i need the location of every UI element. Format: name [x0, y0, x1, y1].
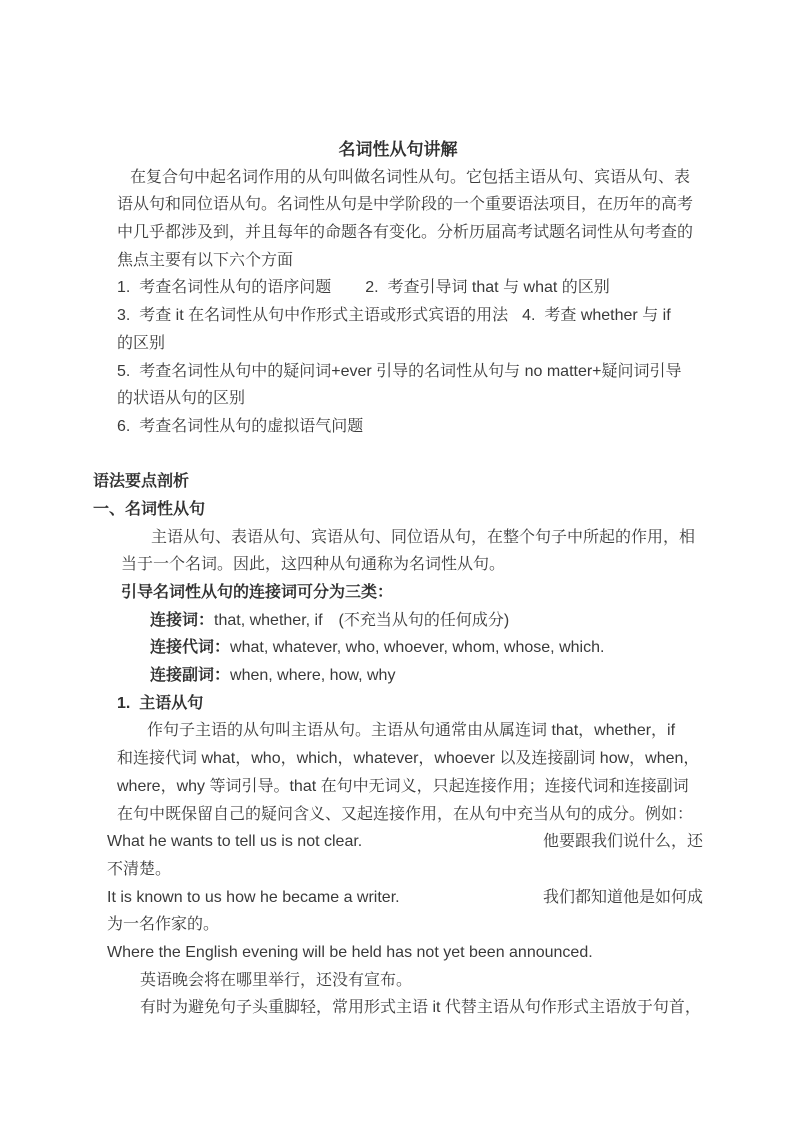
connector-intro: 引导名词性从句的连接词可分为三类：: [121, 579, 793, 607]
spacer: [0, 441, 793, 469]
exam-points-row-1: 1. 考查名词性从句的语序问题2. 考查引导词 that 与 what 的区别: [117, 274, 793, 302]
exam-point-4: 4. 考查 whether 与 if: [522, 307, 671, 324]
subject-clause-heading: 1. 主语从句: [117, 690, 793, 718]
document-body: 名词性从句讲解 在复合句中起名词作用的从句叫做名词性从句。它包括主语从句、宾语从…: [0, 0, 793, 1022]
subject-clause-line-3: where，why 等词引导。that 在句中无词义，只起连接作用；连接代词和连…: [117, 773, 793, 801]
exam-point-4-wrap: 的区别: [117, 330, 793, 358]
exam-point-3: 3. 考查 it 在名词性从句中作形式主语或形式宾语的用法: [117, 307, 508, 324]
intro-line-1: 在复合句中起名词作用的从句叫做名词性从句。它包括主语从句、宾语从句、表: [117, 164, 793, 192]
exam-point-6: 6. 考查名词性从句的虚拟语气问题: [117, 413, 793, 441]
subject-clause-line-4: 在句中既保留自己的疑问含义、又起连接作用，在从句中充当从句的成分。例如：: [117, 801, 793, 829]
example-1-chinese: 他要跟我们说什么，还: [543, 828, 703, 856]
formal-subject-note: 有时为避免句子头重脚轻，常用形式主语 it 代替主语从句作形式主语放于句首，: [140, 994, 793, 1022]
example-3-english: Where the English evening will be held h…: [107, 939, 793, 967]
example-1-chinese-wrap: 不清楚。: [107, 856, 793, 884]
noun-clause-line-2: 当于一个名词。因此，这四种从句通称为名词性从句。: [121, 551, 793, 579]
example-1-english: What he wants to tell us is not clear.: [107, 828, 362, 856]
connector-adverbs: 连接副词：when, where, how, why: [150, 662, 793, 690]
connector-label: 连接代词：: [150, 639, 230, 656]
exam-point-2: 2. 考查引导词 that 与 what 的区别: [365, 279, 610, 296]
exam-point-5-wrap: 的状语从句的区别: [117, 385, 793, 413]
subject-clause-line-2: 和连接代词 what，who，which，whatever，whoever 以及…: [117, 745, 793, 773]
intro-line-3: 中几乎都涉及到，并且每年的命题各有变化。分析历届高考试题名词性从句考查的: [117, 219, 793, 247]
example-2: It is known to us how he became a writer…: [107, 884, 703, 912]
subsection-heading: 一、名词性从句: [93, 496, 793, 524]
connector-value: what, whatever, who, whoever, whom, whos…: [230, 639, 604, 656]
subject-clause-line-1: 作句子主语的从句叫主语从句。主语从句通常由从属连词 that，whether，i…: [117, 717, 793, 745]
example-2-chinese-wrap: 为一名作家的。: [107, 911, 793, 939]
exam-points-row-2: 3. 考查 it 在名词性从句中作形式主语或形式宾语的用法4. 考查 wheth…: [117, 302, 793, 330]
intro-line-4: 焦点主要有以下六个方面: [117, 247, 793, 275]
exam-point-1: 1. 考查名词性从句的语序问题: [117, 279, 331, 296]
connector-pronouns: 连接代词：what, whatever, who, whoever, whom,…: [150, 634, 793, 662]
connector-conjunctions: 连接词：that, whether, if (不充当从句的任何成分): [150, 607, 793, 635]
intro-line-2: 语从句和同位语从句。名词性从句是中学阶段的一个重要语法项目，在历年的高考: [117, 191, 793, 219]
connector-value: that, whether, if (不充当从句的任何成分): [214, 612, 509, 629]
connector-label: 连接副词：: [150, 667, 230, 684]
noun-clause-line-1: 主语从句、表语从句、宾语从句、同位语从句，在整个句子中所起的作用，相: [121, 524, 793, 552]
connector-value: when, where, how, why: [230, 667, 395, 684]
section-heading: 语法要点剖析: [93, 468, 793, 496]
doc-title: 名词性从句讲解: [93, 136, 703, 164]
connector-label: 连接词：: [150, 612, 214, 629]
exam-point-5: 5. 考查名词性从句中的疑问词+ever 引导的名词性从句与 no matter…: [117, 358, 793, 386]
document-page: 名词性从句讲解 在复合句中起名词作用的从句叫做名词性从句。它包括主语从句、宾语从…: [0, 0, 793, 1122]
example-2-chinese: 我们都知道他是如何成: [543, 884, 703, 912]
example-3-chinese: 英语晚会将在哪里举行，还没有宣布。: [140, 967, 793, 995]
example-1: What he wants to tell us is not clear.他要…: [107, 828, 703, 856]
example-2-english: It is known to us how he became a writer…: [107, 884, 400, 912]
